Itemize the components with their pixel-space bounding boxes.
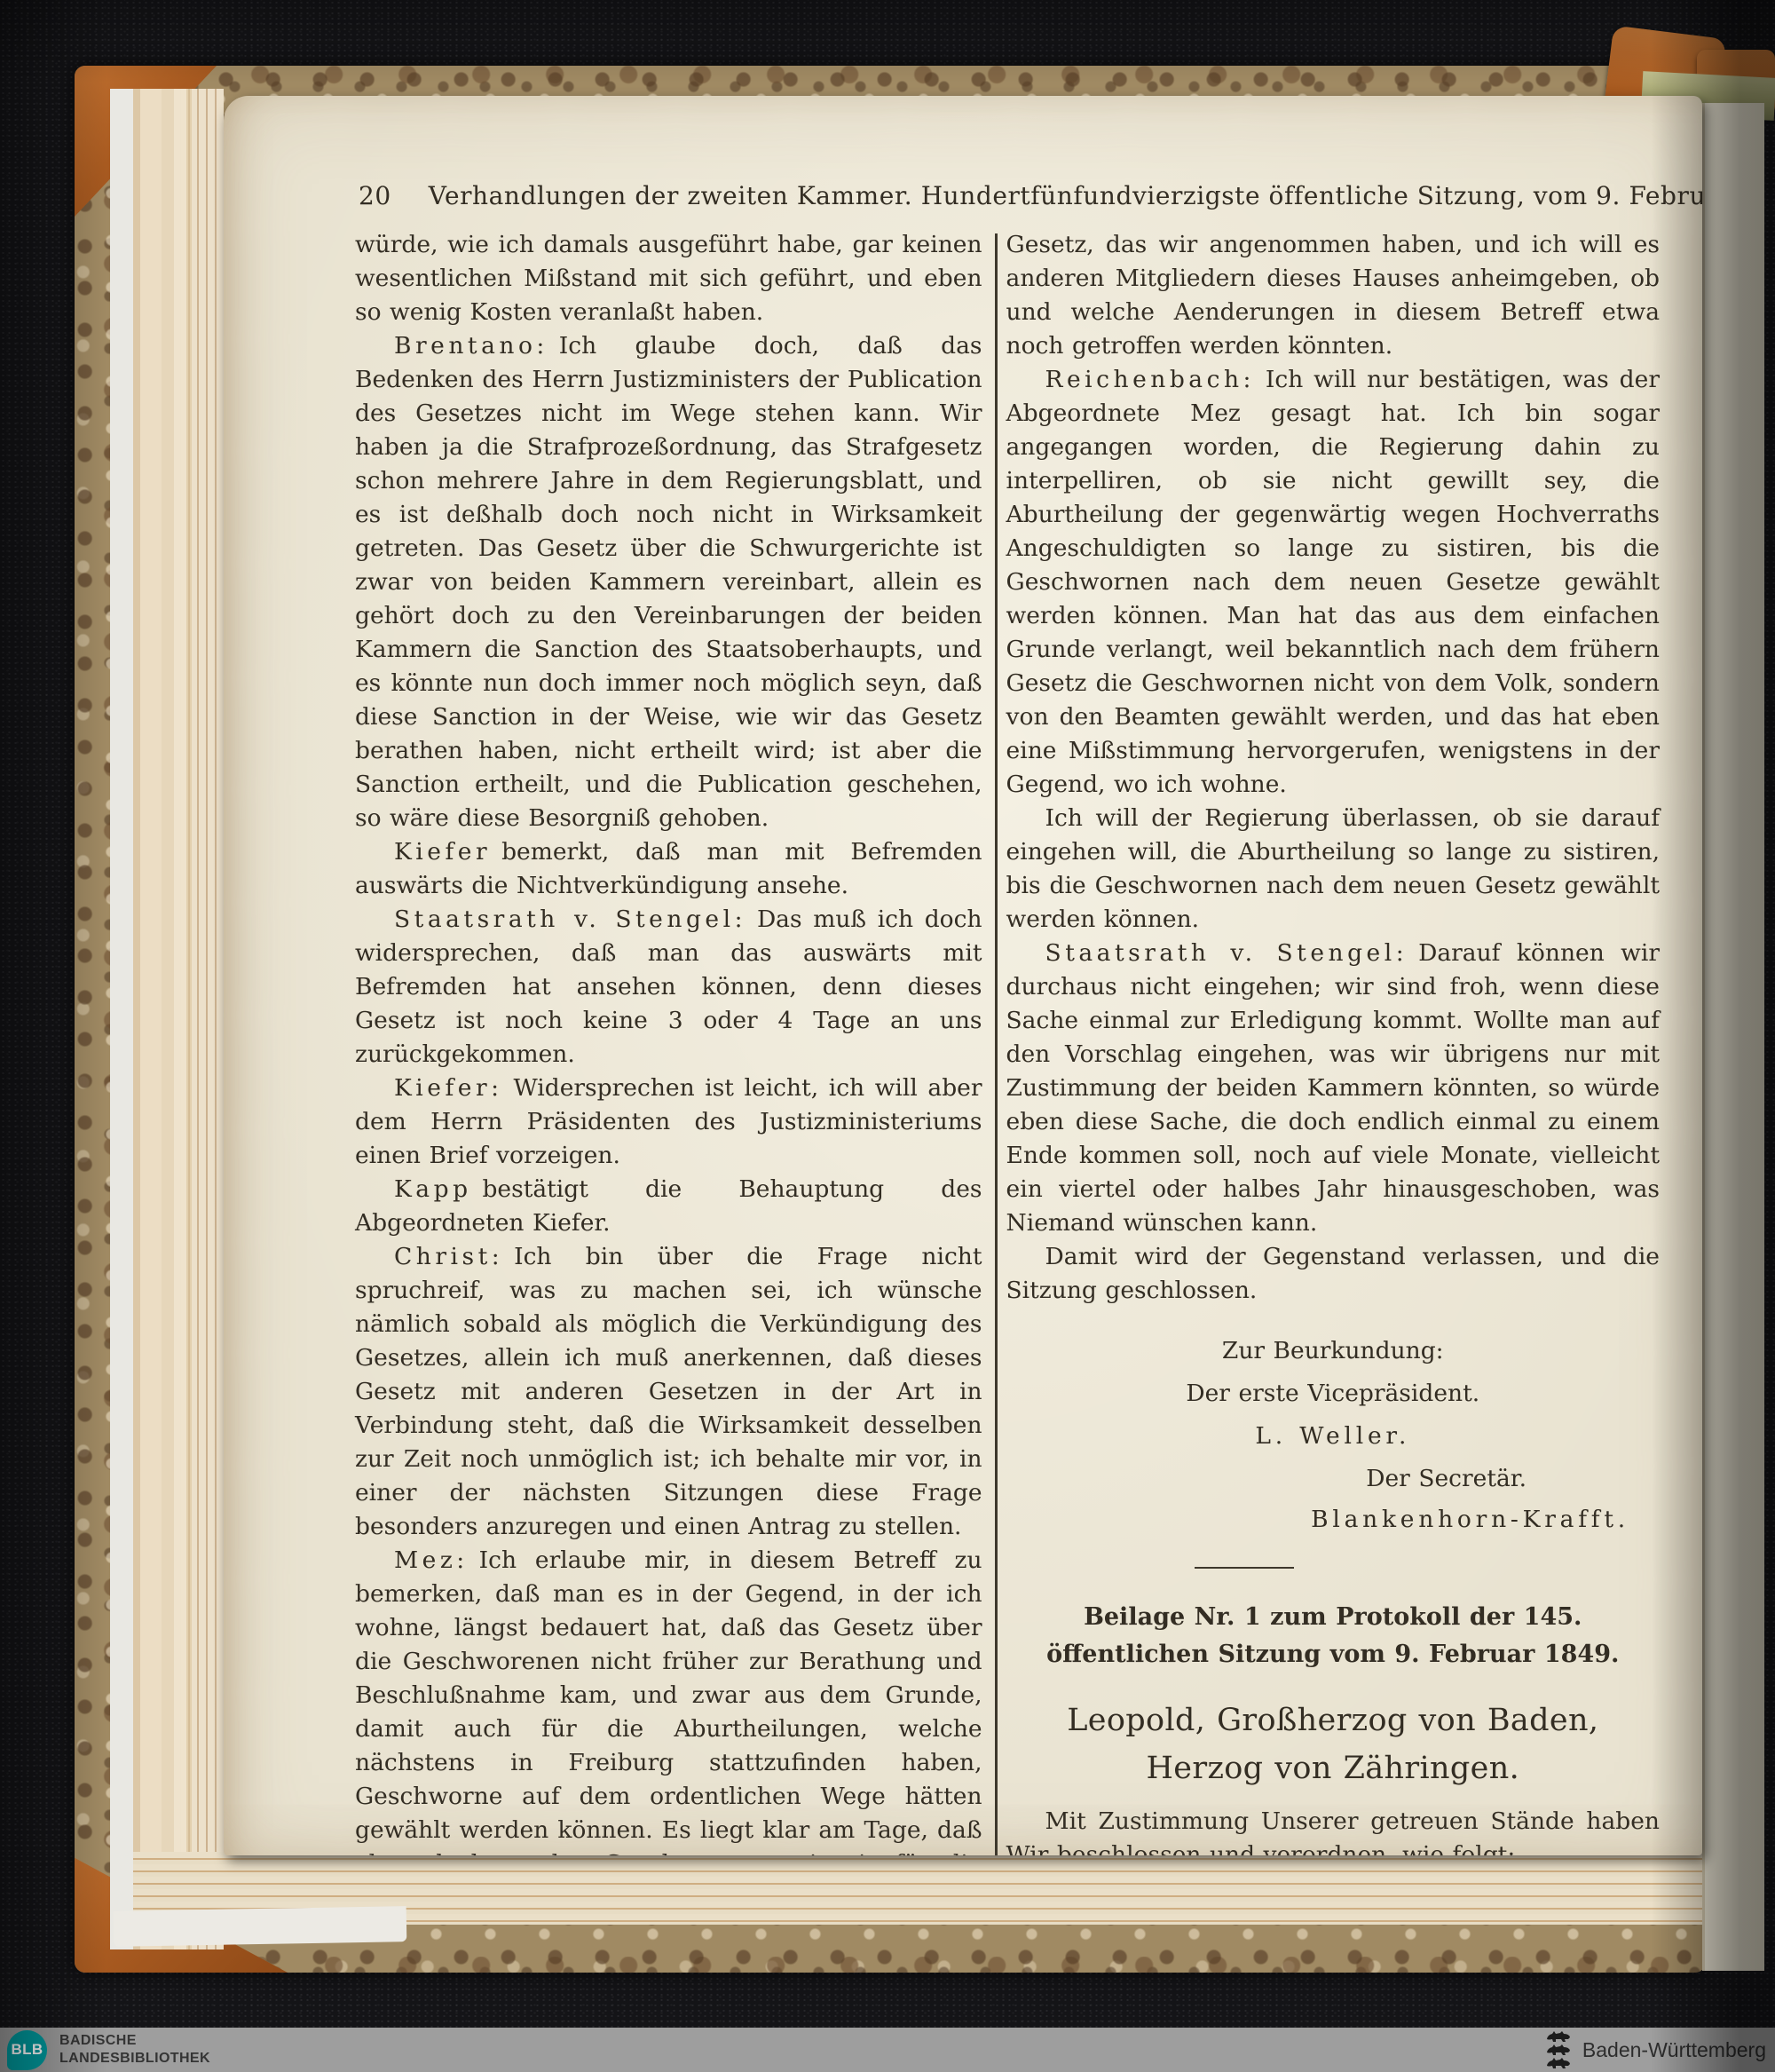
paragraph-text: L. Weller.: [1255, 1422, 1410, 1450]
paragraph: Reichenbach:Ich will nur bestätigen, was…: [1006, 363, 1660, 802]
paragraph-text: Ich erlaube mir, in diesem Betreff zu be…: [355, 1546, 982, 1855]
page-content: 20Verhandlungen der zweiten Kammer. Hund…: [224, 96, 1702, 1855]
speaker-name: Reichenbach:: [1045, 366, 1255, 393]
paragraph: Christ:Ich bin über die Frage nicht spru…: [355, 1240, 982, 1544]
scan-background: 20Verhandlungen der zweiten Kammer. Hund…: [0, 0, 1775, 2072]
paragraph-text: Ich bin über die Frage nicht spruchreif,…: [355, 1243, 982, 1540]
library-name-line2: LANDESBIBLIOTHEK: [59, 2050, 210, 2068]
library-name-line1: BADISCHE: [59, 2032, 210, 2050]
two-column-text: würde, wie ich damals ausgeführt habe, g…: [355, 228, 1660, 1855]
state-branding: Baden-Württemberg: [1545, 2030, 1775, 2069]
paragraph: würde, wie ich damals ausgeführt habe, g…: [355, 228, 982, 329]
paragraph: Staatsrath v. Stengel:Darauf können wir …: [1006, 937, 1660, 1240]
paragraph: Ich will der Regierung überlassen, ob si…: [1006, 802, 1660, 937]
scanned-page: 20Verhandlungen der zweiten Kammer. Hund…: [224, 96, 1702, 1855]
left-column: würde, wie ich damals ausgeführt habe, g…: [355, 228, 982, 1855]
speaker-name: Brentano:: [394, 332, 548, 360]
speaker-name: Christ:: [394, 1243, 503, 1270]
paragraph: Kieferbemerkt, daß man mit Befremden aus…: [355, 835, 982, 903]
speaker-name: Kapp: [394, 1175, 472, 1203]
paragraph-text: Beilage Nr. 1 zum Protokoll der 145. öff…: [1046, 1603, 1619, 1668]
paragraph: Kiefer:Widersprechen ist leicht, ich wil…: [355, 1072, 982, 1173]
paragraph: [1195, 1567, 1294, 1569]
paragraph-text: Mit Zustimmung Unserer getreuen Stände h…: [1006, 1807, 1660, 1855]
paragraph: Der Secretär.: [1006, 1462, 1660, 1496]
paragraph-text: Blankenhorn-Krafft.: [1311, 1506, 1629, 1533]
running-title: Verhandlungen der zweiten Kammer. Hunder…: [429, 181, 1702, 210]
column-divider-rule: [995, 233, 998, 1855]
paragraph: Leopold, Großherzog von Baden, Herzog vo…: [1006, 1696, 1660, 1792]
page-header: 20Verhandlungen der zweiten Kammer. Hund…: [359, 181, 1660, 210]
paragraph-text: Ich glaube doch, daß das Bedenken des He…: [355, 332, 982, 832]
speaker-name: Mez:: [394, 1546, 469, 1574]
paragraph: L. Weller.: [1006, 1420, 1660, 1453]
paragraph: Zur Beurkundung:: [1006, 1334, 1660, 1368]
paragraph: Beilage Nr. 1 zum Protokoll der 145. öff…: [1006, 1599, 1660, 1673]
speaker-name: Kiefer:: [394, 1074, 503, 1102]
adjacent-page-edge: [1702, 103, 1764, 1971]
speaker-name: Kiefer: [394, 838, 491, 866]
paragraph: Blankenhorn-Krafft.: [1006, 1503, 1660, 1537]
speaker-name: Staatsrath v. Stengel:: [1045, 939, 1408, 967]
paragraph-text: würde, wie ich damals ausgeführt habe, g…: [355, 231, 982, 326]
paragraph: Der erste Vicepräsident.: [1006, 1377, 1660, 1411]
paragraph: Mit Zustimmung Unserer getreuen Stände h…: [1006, 1805, 1660, 1855]
speaker-name: Staatsrath v. Stengel:: [394, 906, 746, 933]
paragraph-text: Damit wird der Gegenstand verlassen, und…: [1006, 1243, 1660, 1304]
paragraph: Damit wird der Gegenstand verlassen, und…: [1006, 1240, 1660, 1308]
paragraph: Brentano:Ich glaube doch, daß das Bedenk…: [355, 329, 982, 835]
blb-logo-text: BLB: [12, 2041, 43, 2059]
baden-wuerttemberg-lions-icon: [1545, 2030, 1572, 2069]
library-name: BADISCHE LANDESBIBLIOTHEK: [59, 2032, 210, 2068]
paragraph-text: Leopold, Großherzog von Baden, Herzog vo…: [1067, 1703, 1598, 1786]
paragraph-text: Der Secretär.: [1366, 1465, 1526, 1492]
page-number: 20: [359, 181, 391, 210]
blb-logo-icon: BLB: [7, 2030, 47, 2070]
paragraph: Gesetz, das wir angenommen haben, und ic…: [1006, 228, 1660, 363]
right-column: Gesetz, das wir angenommen haben, und ic…: [1006, 228, 1660, 1855]
library-branding: BLB BADISCHE LANDESBIBLIOTHEK: [0, 2030, 210, 2070]
paragraph-text: Gesetz, das wir angenommen haben, und ic…: [1006, 231, 1660, 360]
paragraph-text: Zur Beurkundung:: [1222, 1337, 1444, 1364]
footer-bar: BLB BADISCHE LANDESBIBLIOTHEK Baden-Würt…: [0, 2028, 1775, 2072]
state-name: Baden-Württemberg: [1582, 2038, 1766, 2062]
paragraph-text: Darauf können wir durchaus nicht eingehe…: [1006, 939, 1660, 1237]
page-stack-left-edge: [110, 89, 224, 1949]
loose-sheet-edge: [114, 1906, 407, 1947]
paragraph: Staatsrath v. Stengel:Das muß ich doch w…: [355, 903, 982, 1072]
paragraph-text: Der erste Vicepräsident.: [1186, 1380, 1479, 1407]
paragraph-text: Ich will nur bestätigen, was der Abgeord…: [1006, 366, 1660, 798]
paragraph: Mez:Ich erlaube mir, in diesem Betreff z…: [355, 1544, 982, 1855]
paragraph: Kappbestätigt die Behauptung des Abgeord…: [355, 1173, 982, 1240]
paragraph-text: Ich will der Regierung überlassen, ob si…: [1006, 804, 1660, 933]
